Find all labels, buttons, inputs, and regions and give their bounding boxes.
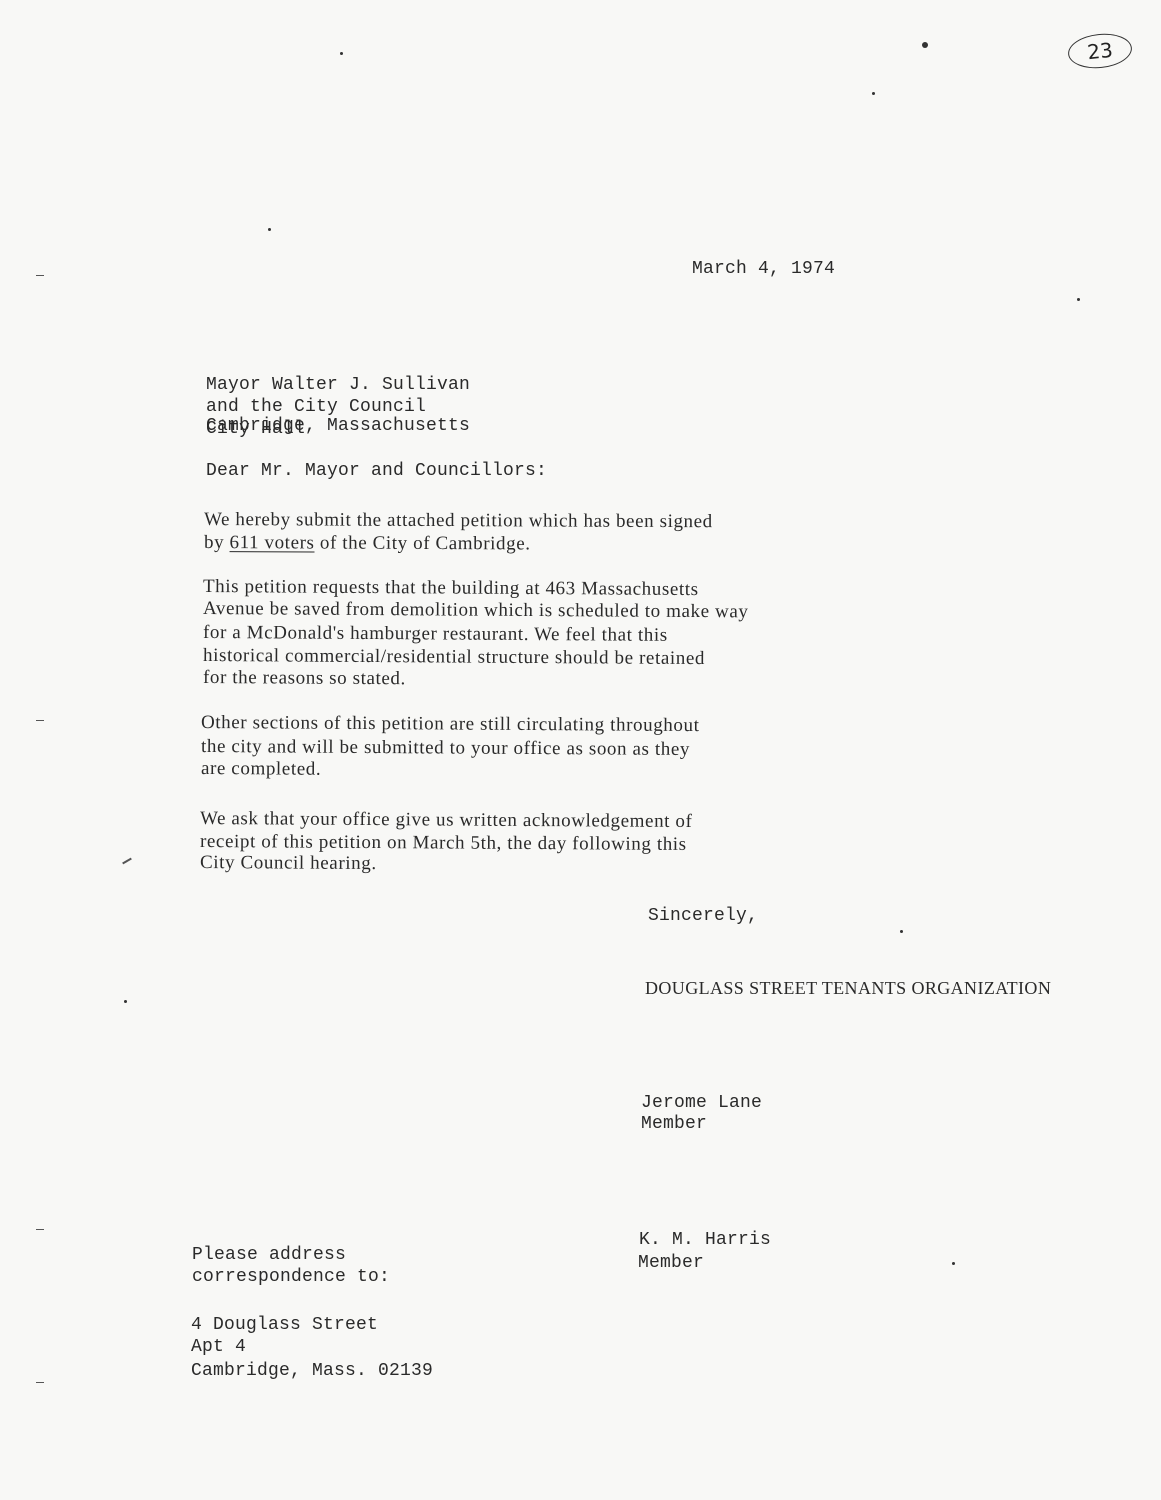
signatory-name: K. M. Harris <box>639 1229 771 1251</box>
page-number-annotation: 23 <box>1066 31 1133 72</box>
scan-mark <box>36 275 44 276</box>
scan-speck <box>872 92 875 95</box>
scan-speck <box>268 228 271 231</box>
paragraph-4-line: We ask that your office give us written … <box>200 808 693 833</box>
signatory-title: Member <box>638 1252 704 1274</box>
paragraph-2-line: This petition requests that the building… <box>203 576 699 601</box>
salutation: Dear Mr. Mayor and Councillors: <box>206 460 547 482</box>
scan-speck <box>922 42 928 48</box>
signatory-title: Member <box>641 1113 707 1135</box>
paragraph-1-line: by 611 voters of the City of Cambridge. <box>204 532 531 555</box>
recipient-line: Cambridge, Massachusetts <box>206 415 470 437</box>
letter-page: 23 March 4, 1974 Mayor Walter J. Sulliva… <box>0 0 1161 1500</box>
paragraph-3-line: the city and will be submitted to your o… <box>201 736 690 761</box>
scan-speck <box>900 930 903 933</box>
recipient-line: Mayor Walter J. Sullivan <box>206 374 470 396</box>
scan-mark <box>36 720 44 721</box>
scan-speck <box>952 1262 955 1265</box>
signatory-name: Jerome Lane <box>641 1092 762 1114</box>
scan-mark <box>36 1229 44 1230</box>
paragraph-2-line: Avenue be saved from demolition which is… <box>203 598 749 623</box>
scan-speck <box>340 52 343 55</box>
paragraph-2-line: historical commercial/residential struct… <box>203 645 705 670</box>
organization-name: DOUGLASS STREET TENANTS ORGANIZATION <box>645 977 1051 999</box>
paragraph-3-line: are completed. <box>201 758 321 781</box>
paragraph-2-line: for the reasons so stated. <box>203 667 406 690</box>
text-fragment: of the City of Cambridge. <box>315 532 531 554</box>
address-line: Cambridge, Mass. 02139 <box>191 1360 433 1382</box>
scan-speck <box>1077 298 1080 301</box>
paragraph-2-line: for a McDonald's hamburger restaurant. W… <box>203 622 668 647</box>
closing: Sincerely, <box>648 905 758 927</box>
voter-count: 611 voters <box>230 532 315 553</box>
address-line: Apt 4 <box>191 1336 246 1358</box>
text-fragment: by <box>204 532 230 553</box>
scan-mark <box>122 858 132 865</box>
correspondence-note: Please address <box>192 1244 346 1266</box>
scan-mark <box>36 1382 44 1383</box>
correspondence-note: correspondence to: <box>192 1266 390 1288</box>
address-line: 4 Douglass Street <box>191 1314 378 1336</box>
paragraph-1-line: We hereby submit the attached petition w… <box>204 509 713 533</box>
paragraph-3-line: Other sections of this petition are stil… <box>201 712 700 737</box>
paragraph-4-line: City Council hearing. <box>200 852 377 875</box>
scan-speck <box>124 1000 127 1003</box>
letter-date: March 4, 1974 <box>692 258 835 280</box>
